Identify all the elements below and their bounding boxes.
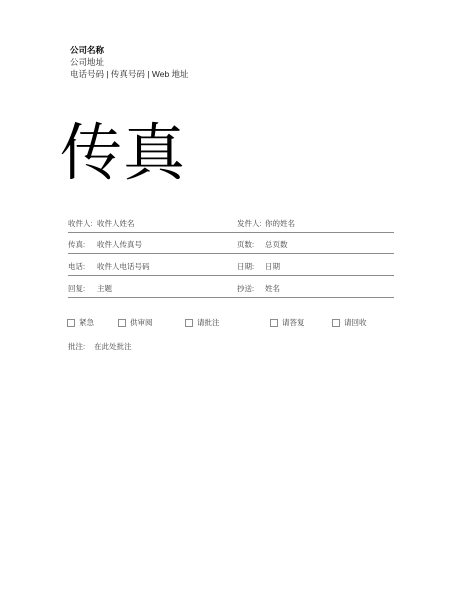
checkbox-group-for-review[interactable]: 供审阅: [118, 317, 153, 328]
checkbox-please-comment-label: 请批注: [197, 317, 220, 328]
date-label: 日期:: [237, 262, 265, 271]
cc-label: 抄送:: [237, 284, 265, 293]
comments-label: 批注:: [68, 341, 85, 352]
checkbox-for-review[interactable]: [118, 319, 126, 327]
fax-label: 传真:: [68, 240, 97, 249]
fax-cover-sheet-page: 公司名称 公司地址 电话号码 | 传真号码 | Web 地址 传真 收件人: 收…: [0, 0, 462, 600]
company-header: 公司名称 公司地址 电话号码 | 传真号码 | Web 地址: [70, 44, 189, 80]
form-row-to-from: 收件人: 收件人姓名 发件人: 你的姓名: [68, 211, 394, 233]
checkbox-for-review-label: 供审阅: [130, 317, 153, 328]
date-value-placeholder[interactable]: 日期: [265, 262, 394, 271]
comments-placeholder[interactable]: 在此处批注: [94, 341, 132, 352]
form-row-fax-pages: 传真: 收件人传真号 页数: 总页数: [68, 233, 394, 255]
pages-label: 页数:: [237, 240, 265, 249]
form-row-phone-date: 电话: 收件人电话号码 日期: 日期: [68, 254, 394, 276]
checkbox-please-reply-label: 请答复: [282, 317, 305, 328]
fax-form-table: 收件人: 收件人姓名 发件人: 你的姓名 传真: 收件人传真号 页数: 总页数 …: [68, 211, 394, 298]
pages-value-placeholder[interactable]: 总页数: [265, 240, 394, 249]
comments-line: 批注: 在此处批注: [68, 341, 132, 352]
checkbox-group-please-reply[interactable]: 请答复: [270, 317, 305, 328]
company-name-placeholder[interactable]: 公司名称: [70, 44, 189, 56]
cc-value-placeholder[interactable]: 姓名: [265, 284, 394, 293]
checkbox-group-urgent[interactable]: 紧急: [67, 317, 94, 328]
checkbox-please-recycle-label: 请回收: [344, 317, 367, 328]
re-label: 回复:: [68, 284, 97, 293]
fax-title: 传真: [60, 123, 186, 185]
fax-value-placeholder[interactable]: 收件人传真号: [97, 240, 237, 249]
to-label: 收件人:: [68, 219, 97, 228]
checkbox-urgent-label: 紧急: [79, 317, 94, 328]
company-contact-placeholder[interactable]: 电话号码 | 传真号码 | Web 地址: [70, 68, 189, 80]
from-label: 发件人:: [237, 219, 265, 228]
checkbox-row: 紧急 供审阅 请批注 请答复 请回收: [0, 317, 462, 329]
checkbox-group-please-recycle[interactable]: 请回收: [332, 317, 367, 328]
form-row-re-cc: 回复: 主题 抄送: 姓名: [68, 276, 394, 298]
checkbox-please-comment[interactable]: [185, 319, 193, 327]
from-value-placeholder[interactable]: 你的姓名: [265, 219, 394, 228]
checkbox-urgent[interactable]: [67, 319, 75, 327]
re-value-placeholder[interactable]: 主题: [97, 284, 237, 293]
to-value-placeholder[interactable]: 收件人姓名: [97, 219, 237, 228]
checkbox-please-reply[interactable]: [270, 319, 278, 327]
checkbox-group-please-comment[interactable]: 请批注: [185, 317, 220, 328]
phone-label: 电话:: [68, 262, 97, 271]
company-address-placeholder[interactable]: 公司地址: [70, 56, 189, 68]
checkbox-please-recycle[interactable]: [332, 319, 340, 327]
phone-value-placeholder[interactable]: 收件人电话号码: [97, 262, 237, 271]
